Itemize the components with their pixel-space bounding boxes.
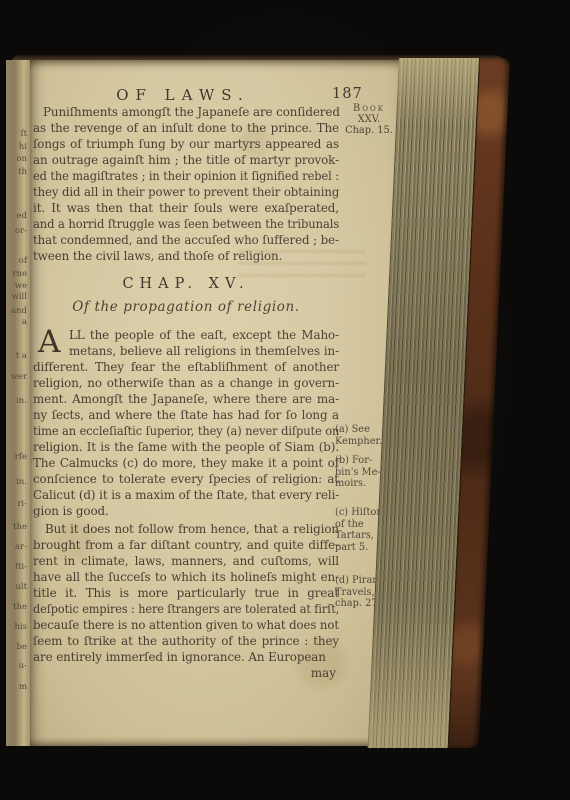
- text-line: they did all in their power to prevent t…: [33, 185, 334, 201]
- facing-page-edge: ſthionthedor-ofrnewewillandat awerin.rfe…: [6, 60, 30, 746]
- facing-page-text-fragment: hi: [19, 143, 27, 152]
- running-header: OF LAWS.: [33, 86, 333, 104]
- text-line: different. They fear the eſtabliſhment o…: [33, 360, 339, 376]
- facing-page-text-fragment: m: [19, 683, 27, 692]
- text-line: Puniſhments amongſt the Japaneſe are con…: [33, 105, 339, 121]
- running-header-row: OF LAWS. 187: [33, 86, 369, 104]
- text-line: LL the people of the eaſt, except the Ma…: [33, 328, 339, 344]
- text-line: Calicut (d) it is a maxim of the ſtate, …: [33, 488, 339, 504]
- facing-page-text-fragment: the: [13, 523, 27, 532]
- margin-book-reference: BookXXV.Chap. 15.: [333, 103, 405, 136]
- facing-page-text-fragment: on: [16, 155, 27, 164]
- text-line: an outrage againſt him ; the title of ma…: [33, 153, 339, 169]
- facing-page-text-fragment: rfe: [15, 453, 27, 462]
- text-line: are entirely immerſed in ignorance. An E…: [33, 650, 339, 666]
- text-line: as the revenge of an inſult done to the …: [33, 121, 339, 137]
- facing-page-text-fragment: his: [14, 623, 27, 632]
- chapter-subtitle: Of the propagation of religion.: [33, 299, 339, 315]
- body-paragraph-1: Puniſhments amongſt the Japaneſe are con…: [33, 105, 339, 265]
- text-line: ment. Amongſt the Japaneſe, where there …: [33, 392, 339, 408]
- text-line: time an eccleſiaſtic ſuperior, they (a) …: [33, 424, 327, 440]
- page-number: 187: [332, 86, 372, 102]
- chapter-heading: CHAP. XV.: [33, 276, 339, 292]
- catchword: may: [33, 666, 336, 680]
- page-content: OF LAWS. 187 BookXXV.Chap. 15. Puniſhmen…: [30, 60, 404, 746]
- body-paragraph-2: LL the people of the eaſt, except the Ma…: [33, 328, 339, 520]
- facing-page-text-fragment: ed: [17, 212, 27, 221]
- text-line: religion. It is the ſame with the people…: [33, 440, 339, 456]
- facing-page-text-fragment: ult: [15, 583, 27, 592]
- margin-ref-line: Book: [333, 103, 405, 114]
- text-line: that condemned, and the accuſed who ſuff…: [33, 233, 337, 249]
- text-line: metans, believe all religions in themſel…: [33, 344, 339, 360]
- facing-page-text-fragment: ſt: [20, 130, 27, 139]
- text-line: religion, no otherwiſe than as a change …: [33, 376, 339, 392]
- text-line: have all the ſucceſs to which its holine…: [33, 570, 339, 586]
- text-line: The Calmucks (c) do more, they make it a…: [33, 456, 339, 472]
- facing-page-text-fragment: in.: [16, 478, 27, 487]
- bleed-through-text: [238, 250, 366, 278]
- text-line: conſcience to tolerate every ſpecies of …: [33, 472, 339, 488]
- facing-page-text-fragment: fti-: [15, 563, 27, 572]
- facing-page-text-fragment: of: [19, 257, 27, 266]
- facing-page-text-fragment: u-: [19, 662, 27, 671]
- facing-page-text-fragment: th: [18, 168, 27, 177]
- facing-page-text-fragment: ar-: [15, 543, 27, 552]
- facing-page-text-fragment: a: [22, 318, 27, 327]
- text-line: becauſe there is no attention given to w…: [33, 618, 335, 634]
- margin-ref-line: Chap. 15.: [333, 125, 405, 136]
- text-line: rent in climate, laws, manners, and cuſt…: [33, 554, 339, 570]
- facing-page-text-fragment: t a: [16, 352, 27, 361]
- facing-page-text-fragment: will: [12, 293, 27, 302]
- book-page: OF LAWS. 187 BookXXV.Chap. 15. Puniſhmen…: [30, 60, 404, 746]
- facing-page-text-fragment: be: [17, 643, 27, 652]
- facing-page-text-fragment: rne: [12, 270, 27, 279]
- text-line: ſongs of triumph ſung by our martyrs app…: [33, 137, 339, 153]
- text-line: ed the magiſtrates ; in their opinion it…: [33, 169, 327, 185]
- text-line: deſpotic empires : here ſtrangers are to…: [33, 602, 323, 618]
- facing-page-text-fragment: and: [11, 307, 27, 316]
- text-line: title it. This is more particularly true…: [33, 586, 339, 602]
- body-paragraph-3: But it does not follow from hence, that …: [33, 522, 339, 666]
- text-line: gion is good.: [33, 504, 339, 520]
- margin-ref-line: XXV.: [333, 114, 405, 125]
- facing-page-text-fragment: we: [15, 282, 27, 291]
- text-line: it. It was then that their ſouls were ex…: [33, 201, 339, 217]
- facing-page-text-fragment: or-: [15, 227, 27, 236]
- text-line: brought from a far diſtant country, and …: [33, 538, 339, 554]
- facing-page-text-fragment: in.: [16, 397, 27, 406]
- text-line: ny ſects, and where the ſtate has had fo…: [33, 408, 339, 424]
- text-line: But it does not follow from hence, that …: [33, 522, 339, 538]
- text-line: and a horrid ſtruggle was ſeen between t…: [33, 217, 330, 233]
- text-line: ſeem to ſtrike at the authority of the p…: [33, 634, 339, 650]
- facing-page-text-fragment: ri-: [17, 500, 27, 509]
- facing-page-text-fragment: wer: [11, 373, 27, 382]
- facing-page-text-fragment: the: [13, 603, 27, 612]
- book-photograph: ſthionthedor-ofrnewewillandat awerin.rfe…: [0, 0, 570, 800]
